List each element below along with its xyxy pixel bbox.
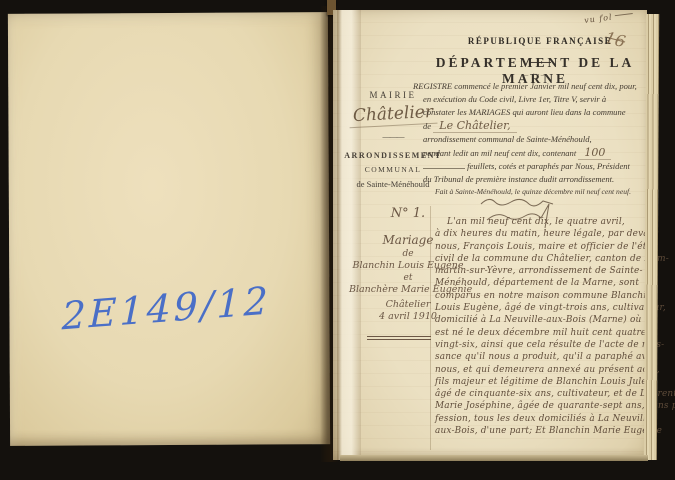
feuillets-count-handwritten: 100 xyxy=(578,146,611,160)
registre-paragraph: REGISTRE commencé le premier Janvier mil… xyxy=(413,80,641,186)
register-scan: 2E149/12 vu fol 16 RÉPUBLIQUE FRANÇAISE … xyxy=(0,0,675,480)
registre-line: de Le Châtelier, xyxy=(423,119,641,133)
act-body: L'an mil neuf cent dix, le quatre avril,… xyxy=(435,216,643,437)
act-text-line: vingt-six, ainsi que cela résulte de l'a… xyxy=(435,339,643,351)
margin-closing-rule xyxy=(367,336,431,340)
act-text-line: est né le deux décembre mil huit cent qu… xyxy=(435,327,643,339)
act-text-line: civil de la commune du Châtelier, canton… xyxy=(435,253,643,265)
registre-line: REGISTRE commencé le premier Janvier mil… xyxy=(413,80,641,93)
registre-line: constater les MARIAGES qui auront lieu d… xyxy=(423,106,641,119)
registre-line: arrondissement communal de Sainte-Méného… xyxy=(423,133,641,146)
registre-de: de xyxy=(423,121,431,131)
page-edge-stack xyxy=(644,14,659,460)
act-text-line: martin-sur-Yèvre, arrondissement de Sain… xyxy=(435,265,643,277)
commune-fillin-handwritten: Le Châtelier, xyxy=(433,119,516,133)
act-text-line: Marie Joséphine, âgée de quarante-sept a… xyxy=(435,400,643,412)
blank-underline xyxy=(423,160,465,169)
act-text-line: comparus en notre maison commune Blanchi… xyxy=(435,290,643,302)
act-text-line: fession, tous les deux domiciliés à La N… xyxy=(435,413,643,425)
act-text-line: Ménéhould, département de la Marne, sont xyxy=(435,277,643,289)
registre-contenant: pendant ledit an mil neuf cent dix, cont… xyxy=(423,148,576,158)
act-text-line: L'an mil neuf cent dix, le quatre avril, xyxy=(435,216,643,228)
corner-annotation: vu fol xyxy=(584,10,633,25)
right-page: vu fol 16 RÉPUBLIQUE FRANÇAISE DÉPARTEME… xyxy=(333,10,647,460)
act-text-line: domicilié à La Neuville-aux-Bois (Marne)… xyxy=(435,314,643,326)
act-text-line: sance qu'il nous a produit, qu'il a para… xyxy=(435,351,643,363)
header-ornament: —·~·— xyxy=(405,71,665,79)
bottom-page-edge xyxy=(340,455,648,461)
archival-reference: 2E149/12 xyxy=(61,275,311,338)
act-text-line: nous, François Louis, maire et officier … xyxy=(435,241,643,253)
registre-feuillets: feuillets, cotés et paraphés par Nous, P… xyxy=(467,161,630,171)
left-page: 2E149/12 xyxy=(8,12,330,446)
header-republique: RÉPUBLIQUE FRANÇAISE xyxy=(425,36,655,46)
act-text-line: fils majeur et légitime de Blanchin Loui… xyxy=(435,376,643,388)
registre-line: du Tribunal de première instance dudit a… xyxy=(423,173,641,186)
act-text-line: âgé de cinquante-six ans, cultivateur, e… xyxy=(435,388,643,400)
act-text-line: aux-Bois, d'une part; Et Blanchin Marie … xyxy=(435,425,643,437)
registre-line: en exécution du Code civil, Livre 1er, T… xyxy=(423,93,641,106)
act-text-line: à dix heures du matin, heure légale, par… xyxy=(435,228,643,240)
act-text-line: Louis Eugène, âgé de vingt-trois ans, cu… xyxy=(435,302,643,314)
margin-rule-line xyxy=(430,206,431,450)
act-text-line: nous, et qui demeurera annexé au présent… xyxy=(435,364,643,376)
registre-line: feuillets, cotés et paraphés par Nous, P… xyxy=(423,160,641,173)
registre-line: pendant ledit an mil neuf cent dix, cont… xyxy=(423,146,641,160)
